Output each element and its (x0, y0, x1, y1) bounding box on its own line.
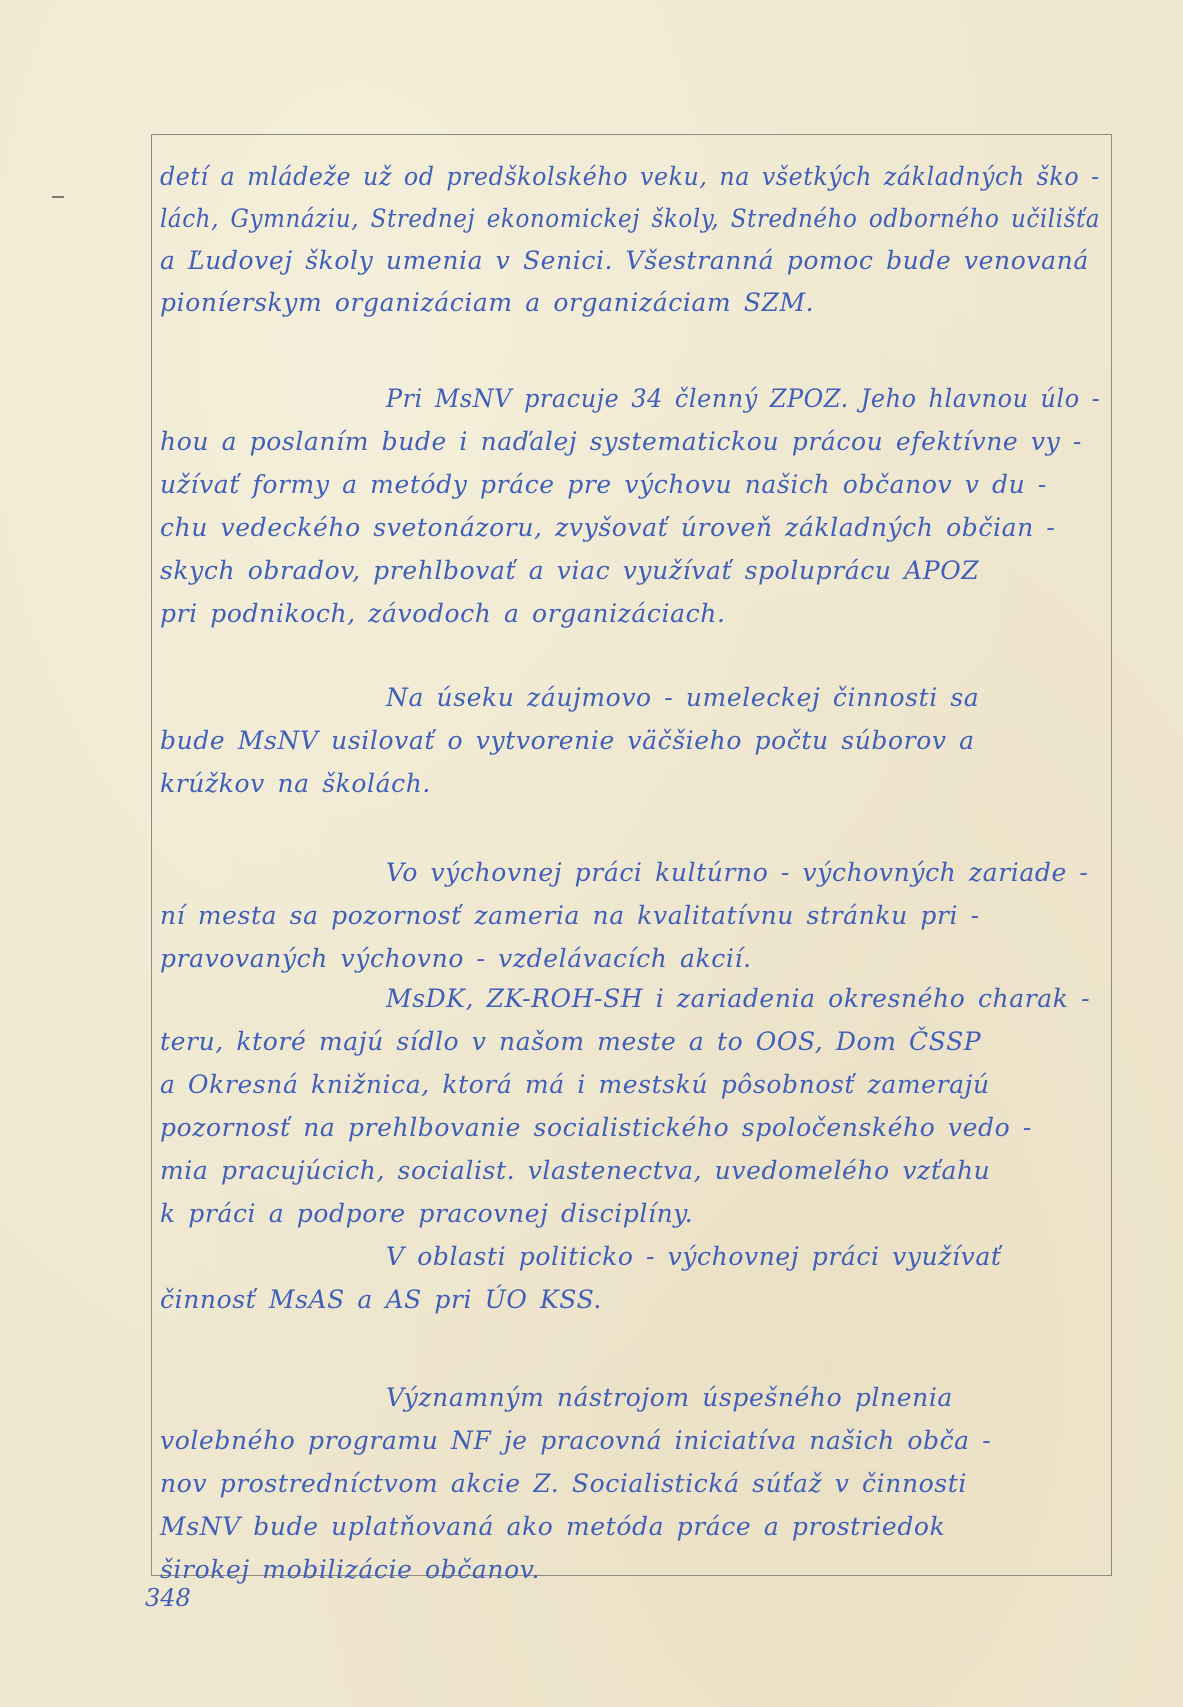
text-line: a Okresná knižnica, ktorá má i mestskú p… (160, 1070, 990, 1099)
text-line: skych obradov, prehlbovať a viac využíva… (160, 556, 979, 585)
text-line: širokej mobilizácie občanov. (160, 1555, 540, 1584)
text-line: detí a mládeže už od predškolského veku,… (160, 162, 1100, 191)
text-line: hou a poslaním bude i naďalej systematic… (160, 427, 1082, 456)
text-line: MsDK, ZK-ROH-SH i zariadenia okresného c… (386, 984, 1090, 1013)
text-line: ní mesta sa pozornosť zameria na kvalita… (160, 901, 980, 930)
text-line: MsNV bude uplatňovaná ako metóda práce a… (160, 1512, 945, 1541)
text-line: pravovaných výchovno - vzdelávacích akci… (160, 944, 752, 973)
text-line: a Ľudovej školy umenia v Senici. Všestra… (160, 246, 1089, 275)
page-frame (151, 134, 1112, 1576)
text-line: Pri MsNV pracuje 34 členný ZPOZ. Jeho hl… (386, 384, 1100, 413)
text-line: V oblasti politicko - výchovnej práci vy… (386, 1242, 1002, 1271)
text-line: mia pracujúcich, socialist. vlastenectva… (160, 1156, 990, 1185)
text-line: pozornosť na prehlbovanie socialistickéh… (160, 1113, 1032, 1142)
text-line: Na úseku záujmovo - umeleckej činnosti s… (386, 683, 979, 712)
text-line: bude MsNV usilovať o vytvorenie väčšieho… (160, 726, 975, 755)
page-number: 348 (145, 1584, 191, 1612)
text-line: lách, Gymnáziu, Strednej ekonomickej ško… (160, 204, 1100, 233)
text-line: užívať formy a metódy práce pre výchovu … (160, 470, 1047, 499)
text-line: krúžkov na školách. (160, 769, 431, 798)
text-line: pri podnikoch, závodoch a organizáciach. (160, 599, 726, 628)
text-line: Významným nástrojom úspešného plnenia (386, 1383, 953, 1412)
text-line: nov prostredníctvom akcie Z. Socialistic… (160, 1469, 967, 1498)
text-line: teru, ktoré majú sídlo v našom meste a t… (160, 1027, 981, 1056)
text-line: k práci a podpore pracovnej disciplíny. (160, 1199, 693, 1228)
text-line: činnosť MsAS a AS pri ÚO KSS. (160, 1285, 602, 1314)
text-line: pioníerskym organizáciam a organizáciam … (160, 288, 814, 317)
text-line: chu vedeckého svetonázoru, zvyšovať úrov… (160, 513, 1055, 542)
text-line: volebného programu NF je pracovná inicia… (160, 1426, 991, 1455)
text-line: Vo výchovnej práci kultúrno - výchovných… (386, 858, 1088, 887)
margin-mark (52, 196, 64, 198)
